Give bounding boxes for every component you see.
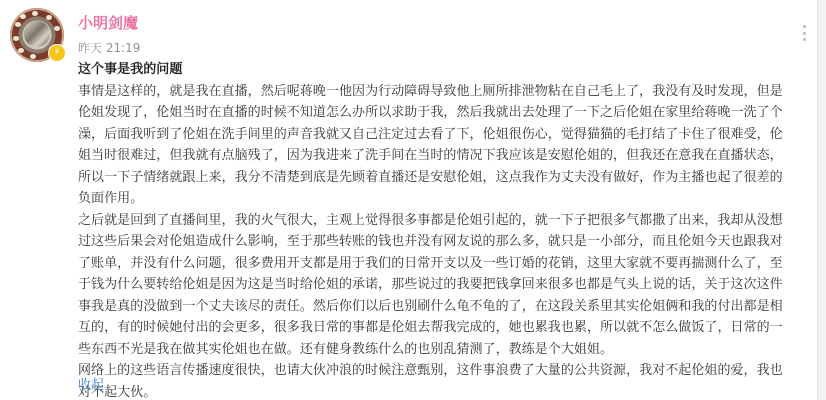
post-paragraph: 之后就是回到了直播间里，我的火气很大，主观上觉得很多事都是伦姐引起的，就一下子把… (78, 210, 794, 361)
more-vertical-icon[interactable] (802, 25, 808, 49)
avatar-image (24, 21, 50, 47)
post-paragraph: 事情是这样的，就是我在直播，然后呢蒋晚一他因为行动障碍导致他上厕所排泄物粘在自己… (78, 81, 794, 210)
post-title: 这个事是我的问题 (78, 59, 794, 81)
lightning-icon: ⚡ (48, 44, 66, 62)
post-paragraph: 网络上的这些语言传播速度很快，也请大伙冲浪的时候注意甄别，这件事浪费了大量的公共… (78, 360, 794, 400)
post-content: 这个事是我的问题 事情是这样的，就是我在直播，然后呢蒋晚一他因为行动障碍导致他上… (78, 59, 794, 400)
post-time: 昨天 21:19 (78, 39, 140, 56)
post-card: ⚡ 小明剑魔 昨天 21:19 这个事是我的问题 事情是这样的，就是我在直播，然… (0, 0, 818, 400)
scrollbar[interactable] (817, 0, 826, 400)
username[interactable]: 小明剑魔 (78, 12, 138, 33)
collapse-link[interactable]: 收起 (78, 374, 104, 393)
